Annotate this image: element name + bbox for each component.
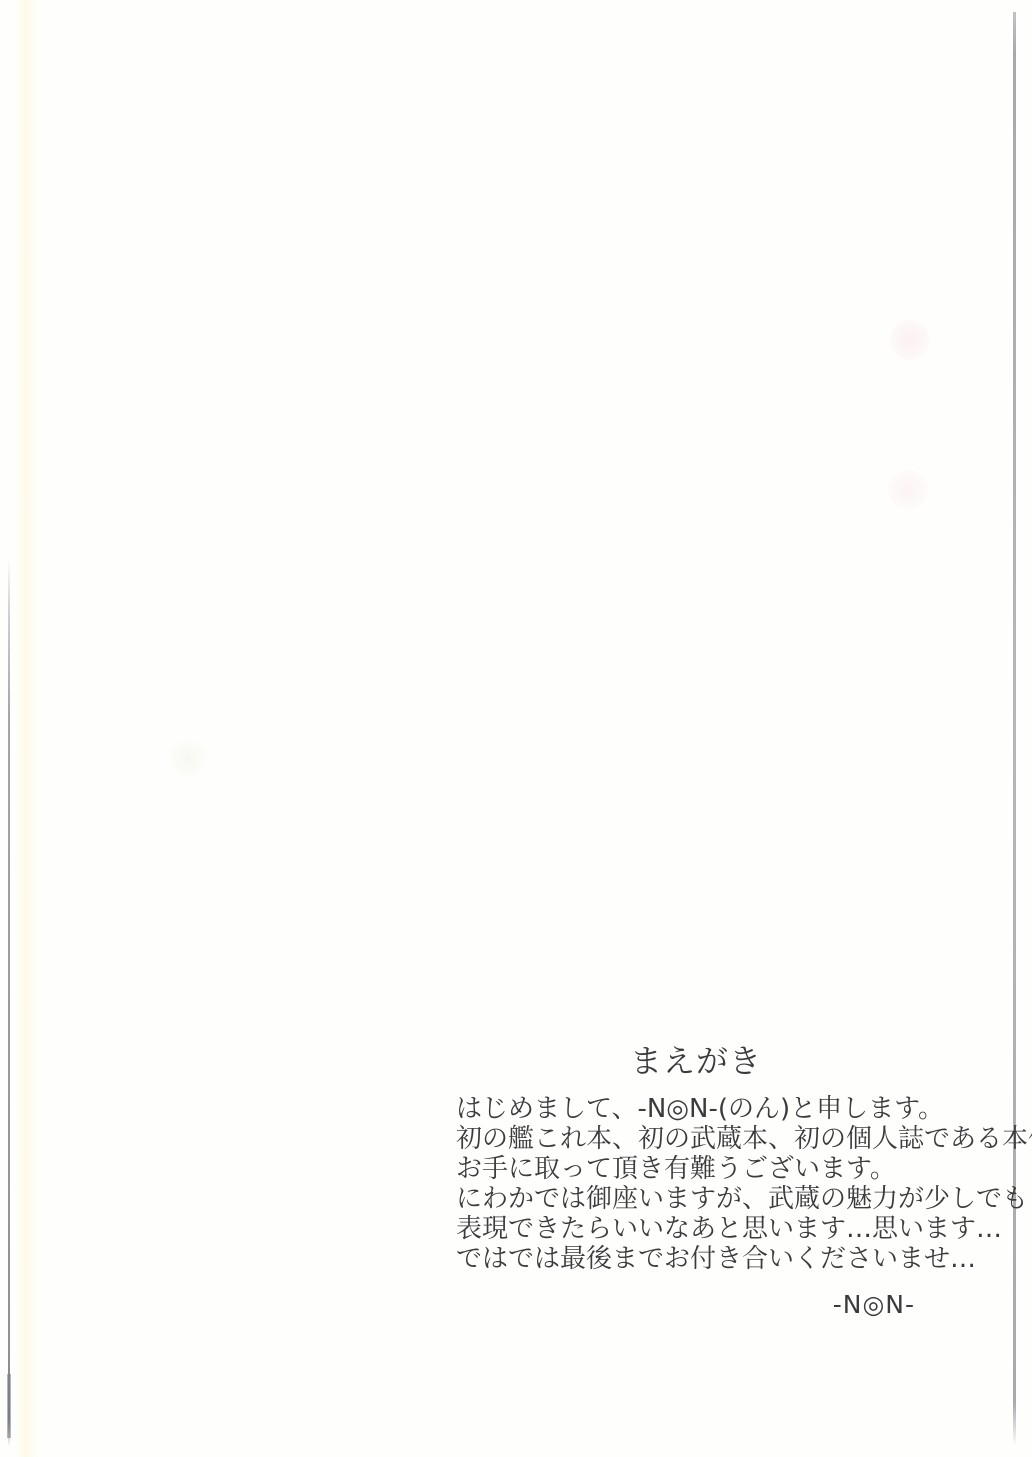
scan-smudge [170,740,206,776]
foreword-line: 初の艦これ本、初の武蔵本、初の個人誌である本作を [456,1124,956,1154]
foreword-paragraph: はじめまして、-N◎N-(のん)と申します。 初の艦これ本、初の武蔵本、初の個人… [456,1094,956,1274]
foreword-line: にわかでは御座いますが、武蔵の魅力が少しでも [456,1184,956,1214]
scan-left-tint [14,0,40,1457]
scan-edge-line-right [1013,12,1016,1446]
author-signature: -N◎N- [715,1290,915,1319]
foreword-title: まえがき [630,1036,762,1082]
scanned-foreword-page: まえがき はじめまして、-N◎N-(のん)と申します。 初の艦これ本、初の武蔵本… [0,0,1032,1457]
scan-smudge [890,320,930,360]
foreword-line: ではでは最後までお付き合いくださいませ… [456,1244,956,1274]
foreword-line: お手に取って頂き有難うございます。 [456,1154,956,1184]
foreword-line: はじめまして、-N◎N-(のん)と申します。 [456,1094,956,1124]
scan-smudge [888,470,928,510]
scan-edge-line-left [8,558,10,1446]
foreword-line: 表現できたらいいなあと思います…思います… [456,1214,956,1244]
